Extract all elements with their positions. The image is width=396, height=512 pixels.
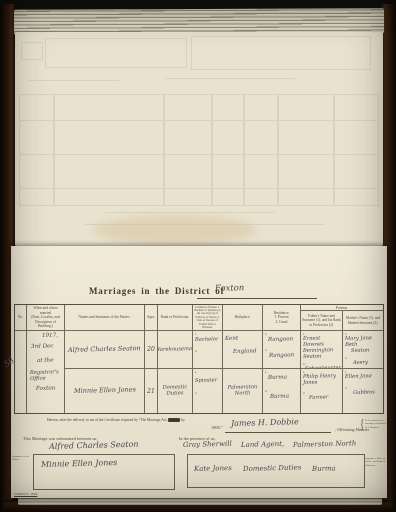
groom-age: 20 [147,346,155,353]
witness-1-abode: Palmerston North [293,439,356,449]
groom-birthplace: Kent [225,335,260,342]
groom-residence-present: Rangoon [268,336,298,343]
ghost-table [19,94,379,206]
witness-2-rank: Domestic Duties [243,463,302,473]
groom-residence-usual: Rangoon [269,352,298,359]
groom-signature: Alfred Charles Seaton [49,440,139,451]
ghost-row-line [19,154,377,155]
witness-2-abode: Burma [312,464,336,473]
page-stack-top [14,8,384,35]
bride-father-rank: Farmer [309,394,340,401]
header-rank: Rank or Profession. [158,305,193,331]
header-residence: Residence. 1. Present 2. Usual [263,305,301,331]
district-name: Foxton [215,283,245,294]
certificate-text: Hereon, after the delivery to me of the … [47,418,168,422]
district-underline [197,298,317,299]
bride-age-cell: 21 [145,369,158,413]
print-code: 15,000/9/17—8764 [14,492,37,496]
bride-residence-cell: 1. Burma 2. Burma [263,369,301,413]
ghost-col-line [243,94,245,206]
header-ages: Ages. [145,305,158,331]
minister-signature: James H. Dobbie [231,417,299,428]
groom-condition-cell: 1. Bachelor 2. [193,331,223,369]
book-photo: 58 Marriages in the District of Foxton N… [0,0,396,512]
bride-residence-present: Burma [268,374,298,381]
groom-mother-maiden: Avery [353,359,381,366]
groom-birthplace-cell: Kent England [223,331,263,369]
groom-father-name: Ernest Downes [303,335,340,348]
groom-mother-cell: 1. Mary Jane Beth Seaton 2. Avery [343,331,383,369]
ghost-col-line [163,94,165,206]
header-when-line: When and where married [28,306,63,315]
register-page: Marriages in the District of Foxton No. … [11,246,387,498]
ghost-row-line [19,188,377,189]
header-mother: Mother's Name (1), and Maiden Surname (2… [343,311,383,330]
cell-when-where: 1917, 3rd Dec at the Registrar's Office … [27,331,65,413]
bride-birthplace-cell: Palmerston North [223,369,263,413]
certificate-clause: Hereon, after the delivery to me of the … [47,418,247,423]
header-names: Names and Surnames of the Parties. [65,305,145,331]
witness-2-name: Kate Jones [194,464,232,473]
minister-signature-line [225,432,331,433]
header-birthplace: Birthplace. [223,305,263,331]
groom-name-cell: Alfred Charles Seaton [65,331,145,369]
ghost-title-line [105,212,275,213]
ghost-line [165,78,295,79]
header-residence-line: 2. Usual [276,320,288,324]
bride-condition: Spinster [195,377,220,384]
header-no: No. [15,305,27,331]
witness-signature-label: Signatures, Place of Abode, and Rank of … [365,457,389,467]
parties-signature-label: Signatures of the Parties. [12,455,31,462]
header-father: Father's Name and Surname (1), and his R… [301,311,343,330]
bride-rank: Domestic Duties [158,384,192,397]
groom-rank-cell: Warehouseman [158,331,193,369]
bride-father-name: Philip Henry Jones [303,373,340,386]
marriage-register-table: No. When and where married (Date, Locali… [14,304,384,414]
bride-residence-usual: Burma [270,393,298,400]
marriage-place-line: Foxton [36,385,62,392]
groom-residence-cell: 1. Rangoon 2. Rangoon [263,331,301,369]
bride-mother-maiden: Gubbins [353,389,381,396]
amended-year: 1908.” [211,425,223,430]
groom-mother-name: Seaton [351,347,381,354]
page-title: Marriages in the District of [89,286,224,296]
groom-birthplace: England [233,348,260,355]
cell-no [15,331,27,413]
ghost-col-line [211,94,213,206]
groom-father-name: Bennington Seaton [303,347,340,360]
ghost-row-line [19,120,377,121]
witness-1-line: Gray Sherwill Land Agent, Palmerston Nor… [183,441,356,449]
bride-age: 21 [147,388,155,395]
bride-name: Minnie Ellen Jones [73,385,135,395]
witness-2-line: Kate Jones Domestic Duties Burma [194,465,336,473]
bride-mother-cell: 1. Ellen Jane 2. Gubbins [343,369,383,413]
groom-name: Alfred Charles Seaton [68,344,141,354]
marriage-place-line: Registrar's Office [30,369,62,382]
groom-condition: Bachelor [195,336,220,343]
marriage-place-line: at the [37,357,62,364]
ghost-box [21,42,43,60]
certificate-by: by [181,418,185,422]
marriage-year: 1917, [42,333,58,339]
minister-note: To be struck out if marriage solemnized … [365,419,389,429]
header-when-line: Description of Building.) [28,320,63,329]
page-stain [93,216,257,244]
bride-mother-name: Ellen Jane [345,373,381,380]
form-marker: 2. [195,392,220,395]
groom-rank: Warehouseman [158,345,193,352]
ghost-col-line [333,94,335,206]
form-marker: 1. [195,371,220,374]
show-through-ghost [15,32,383,246]
ghost-col-line [277,94,279,206]
previous-page [15,32,383,246]
groom-age-cell: 20 [145,331,158,369]
struck-year: 1904,” [168,418,180,422]
ghost-box [191,36,371,70]
header-when: When and where married (Date, Locality, … [27,305,65,331]
bride-name-cell: Minnie Ellen Jones [65,369,145,413]
witness-1-name: Gray Sherwill [183,440,232,449]
witness-1-rank: Land Agent, [241,440,284,449]
ghost-box [45,38,187,68]
ghost-col-line [53,94,55,206]
groom-father-cell: 1. Ernest Downes Bennington Seaton 2. Sc… [301,331,343,369]
header-parents: Parents. Father's Name and Surname (1), … [301,305,383,331]
bride-condition-cell: 1. Spinster 2. [193,369,223,413]
form-marker: 2. [195,350,220,353]
groom-mother-name: Mary Jane Beth [345,335,381,348]
bride-rank-cell: Domestic Duties [158,369,193,413]
marriage-date: 3rd Dec [31,343,62,350]
bride-father-cell: 1. Philip Henry Jones 2. Farmer [301,369,343,413]
brace-glyph: { [360,417,364,432]
header-condition: Condition of Parties: 1. Bachelor or Spi… [193,305,223,331]
ghost-line [29,80,119,81]
bride-birthplace: Palmerston North [225,384,260,397]
